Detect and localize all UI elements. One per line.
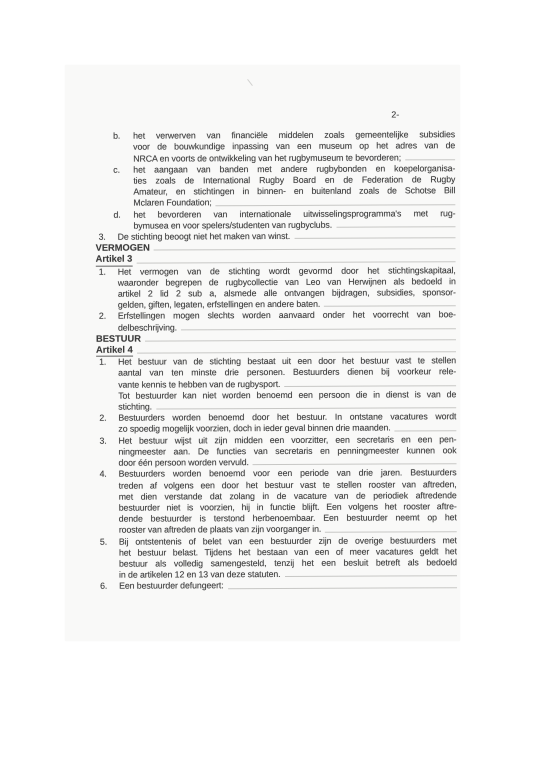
item-lines: het verwerven van financiële middelen zo… [133,129,455,164]
heading-text: Artikel 4 [96,345,133,357]
line-text: bymusea en voor spelers/studenten van ru… [133,220,332,232]
list-marker: 3. [99,232,118,243]
text-line: bestuur als volledig samengesteld, tenzi… [119,557,457,570]
line-text: ningmeester aan. De functies van secreta… [118,445,456,458]
sub-list-item: b.het verwerven van financiële middelen … [95,129,455,164]
filler-line [325,531,457,533]
blocks-container: b.het verwerven van financiële middelen … [95,129,457,592]
text-line: aantal van ten minste drie personen. Bes… [118,367,456,380]
filler-line [137,351,456,353]
list-item: 3.Het bestuur wijst uit zijn midden een … [96,434,456,469]
line-text: rooster van aftreden de plaats van zijn … [119,524,321,536]
line-text: De stichting beoogt niet het maken van w… [118,231,291,243]
filler-line [324,306,456,308]
list-item: 1.Het vermogen van de stichting wordt ge… [96,265,456,311]
filler-line [395,430,457,431]
item-lines: Het bestuur wijst uit zijn midden een vo… [118,434,456,469]
text-line: voor de bouwkundige inpassing van een mu… [133,141,455,154]
line-text: aantal van ten minste drie personen. Bes… [118,367,456,380]
text-line: dende bestuurder is terstond herbenoemba… [119,512,457,525]
line-text: in de artikelen 12 en 13 van deze statut… [119,569,281,581]
text-line: Erfstellingen mogen slechts worden aanva… [118,310,456,323]
filler-line [156,407,456,409]
item-lines: Bestuurders worden benoemd door het best… [118,411,456,435]
page-content: 2- b.het verwerven van financiële middel… [95,109,457,592]
list-marker: 3. [99,435,118,469]
list-marker: 2. [99,311,118,333]
heading-text: Artikel 3 [96,254,133,266]
sub-list-item: d.het bevorderen van internationale uitw… [95,208,455,232]
list-item: 5.Bij ontstentenis of belet van een best… [97,535,457,581]
line-text: voor de bouwkundige inpassing van een mu… [133,141,455,154]
item-lines: het bevorderen van internationale uitwis… [133,208,455,232]
item-lines: Het bestuur van de stichting bestaat uit… [118,355,456,412]
item-lines: het aangaan van banden met andere rugbyb… [133,163,455,209]
text-line: artikel 2 lid 2 sub a, alsmede alle ontv… [118,287,456,300]
filler-line [145,339,456,341]
filler-line [181,328,456,330]
line-text: het bevorderen van internationale uitwis… [133,208,455,221]
line-text: delbeschrijving. [118,322,177,333]
line-text: Een bestuurder defungeert: [119,581,224,593]
filler-line [294,237,455,239]
list-item: 4.Bestuurders worden benoemd voor een pe… [97,468,457,537]
filler-line [405,159,455,160]
filler-line [136,261,455,263]
list-marker: 4. [100,469,119,536]
text-line: het bevorderen van internationale uitwis… [133,208,455,221]
filler-line [285,576,458,578]
filler-line [228,587,457,589]
text-line: De stichting beoogt niet het maken van w… [118,230,456,243]
scan-artifact-speck [247,79,253,86]
line-text: Amateur, en stichtingen in binnen- en bu… [133,185,455,198]
line-text: bestuur als volledig samengesteld, tenzi… [119,557,457,570]
list-marker: 1. [99,357,118,413]
list-marker: c. [113,164,133,209]
line-text: dende bestuurder is terstond herbenoemba… [119,512,457,525]
sub-list-item: c.het aangaan van banden met andere rugb… [95,163,455,209]
filler-line [336,226,455,228]
heading-text: BESTUUR [96,333,141,344]
list-marker: b. [113,131,133,165]
list-item: 2.Bestuurders worden benoemd door het be… [96,411,456,435]
page-number-row: 2- [95,109,455,122]
line-text: Tot bestuurder kan niet worden benoemd e… [118,389,456,402]
line-text: Bestuurders worden benoemd door het best… [118,411,456,424]
list-marker: 6. [100,581,119,592]
text-line: Een bestuurder defungeert: [119,580,457,593]
line-text: gelden, giften, legaten, erfstellingen e… [118,299,320,311]
page-number: 2- [391,109,399,120]
filler-line [154,249,456,251]
filler-line [284,385,456,387]
line-text: stichting. [118,402,152,413]
text-line: Tot bestuurder kan niet worden benoemd e… [118,389,456,402]
list-marker: 2. [99,413,118,435]
item-lines: Het vermogen van de stichting wordt gevo… [118,265,456,311]
line-text: Mclaren Foundation; [133,198,211,210]
document-page: 2- b.het verwerven van financiële middel… [65,65,460,641]
item-lines: Erfstellingen mogen slechts worden aanva… [118,310,456,334]
list-item: 6.Een bestuurder defungeert: [97,580,457,593]
text-line: delbeschrijving. [118,321,456,334]
text-line: Amateur, en stichtingen in binnen- en bu… [133,185,455,198]
text-line: ningmeester aan. De functies van secreta… [118,445,456,458]
list-item: 2.Erfstellingen mogen slechts worden aan… [96,310,456,334]
item-lines: De stichting beoogt niet het maken van w… [118,230,456,243]
text-line: Bestuurders worden benoemd door het best… [118,411,456,424]
filler-line [216,204,456,206]
list-marker: 5. [100,536,119,581]
list-item: 3.De stichting beoogt niet het maken van… [96,230,456,243]
list-item: 1.Het bestuur van de stichting bestaat u… [96,355,456,413]
list-marker: d. [113,209,133,231]
line-text: artikel 2 lid 2 sub a, alsmede alle ontv… [118,287,456,300]
list-marker: 1. [99,266,118,311]
line-text: vante kennis te hebben van de rugbysport… [118,379,280,391]
heading-text: VERMOGEN [96,243,150,254]
line-text: door één persoon worden vervuld. [119,457,249,469]
item-lines: Bij ontstentenis of belet van een bestuu… [119,535,457,581]
item-lines: Bestuurders worden benoemd voor een peri… [119,468,457,537]
line-text: Erfstellingen mogen slechts worden aanva… [118,310,456,323]
filler-line [253,464,457,466]
document-scan: 2- b.het verwerven van financiële middel… [0,0,543,768]
item-lines: Een bestuurder defungeert: [119,580,457,593]
